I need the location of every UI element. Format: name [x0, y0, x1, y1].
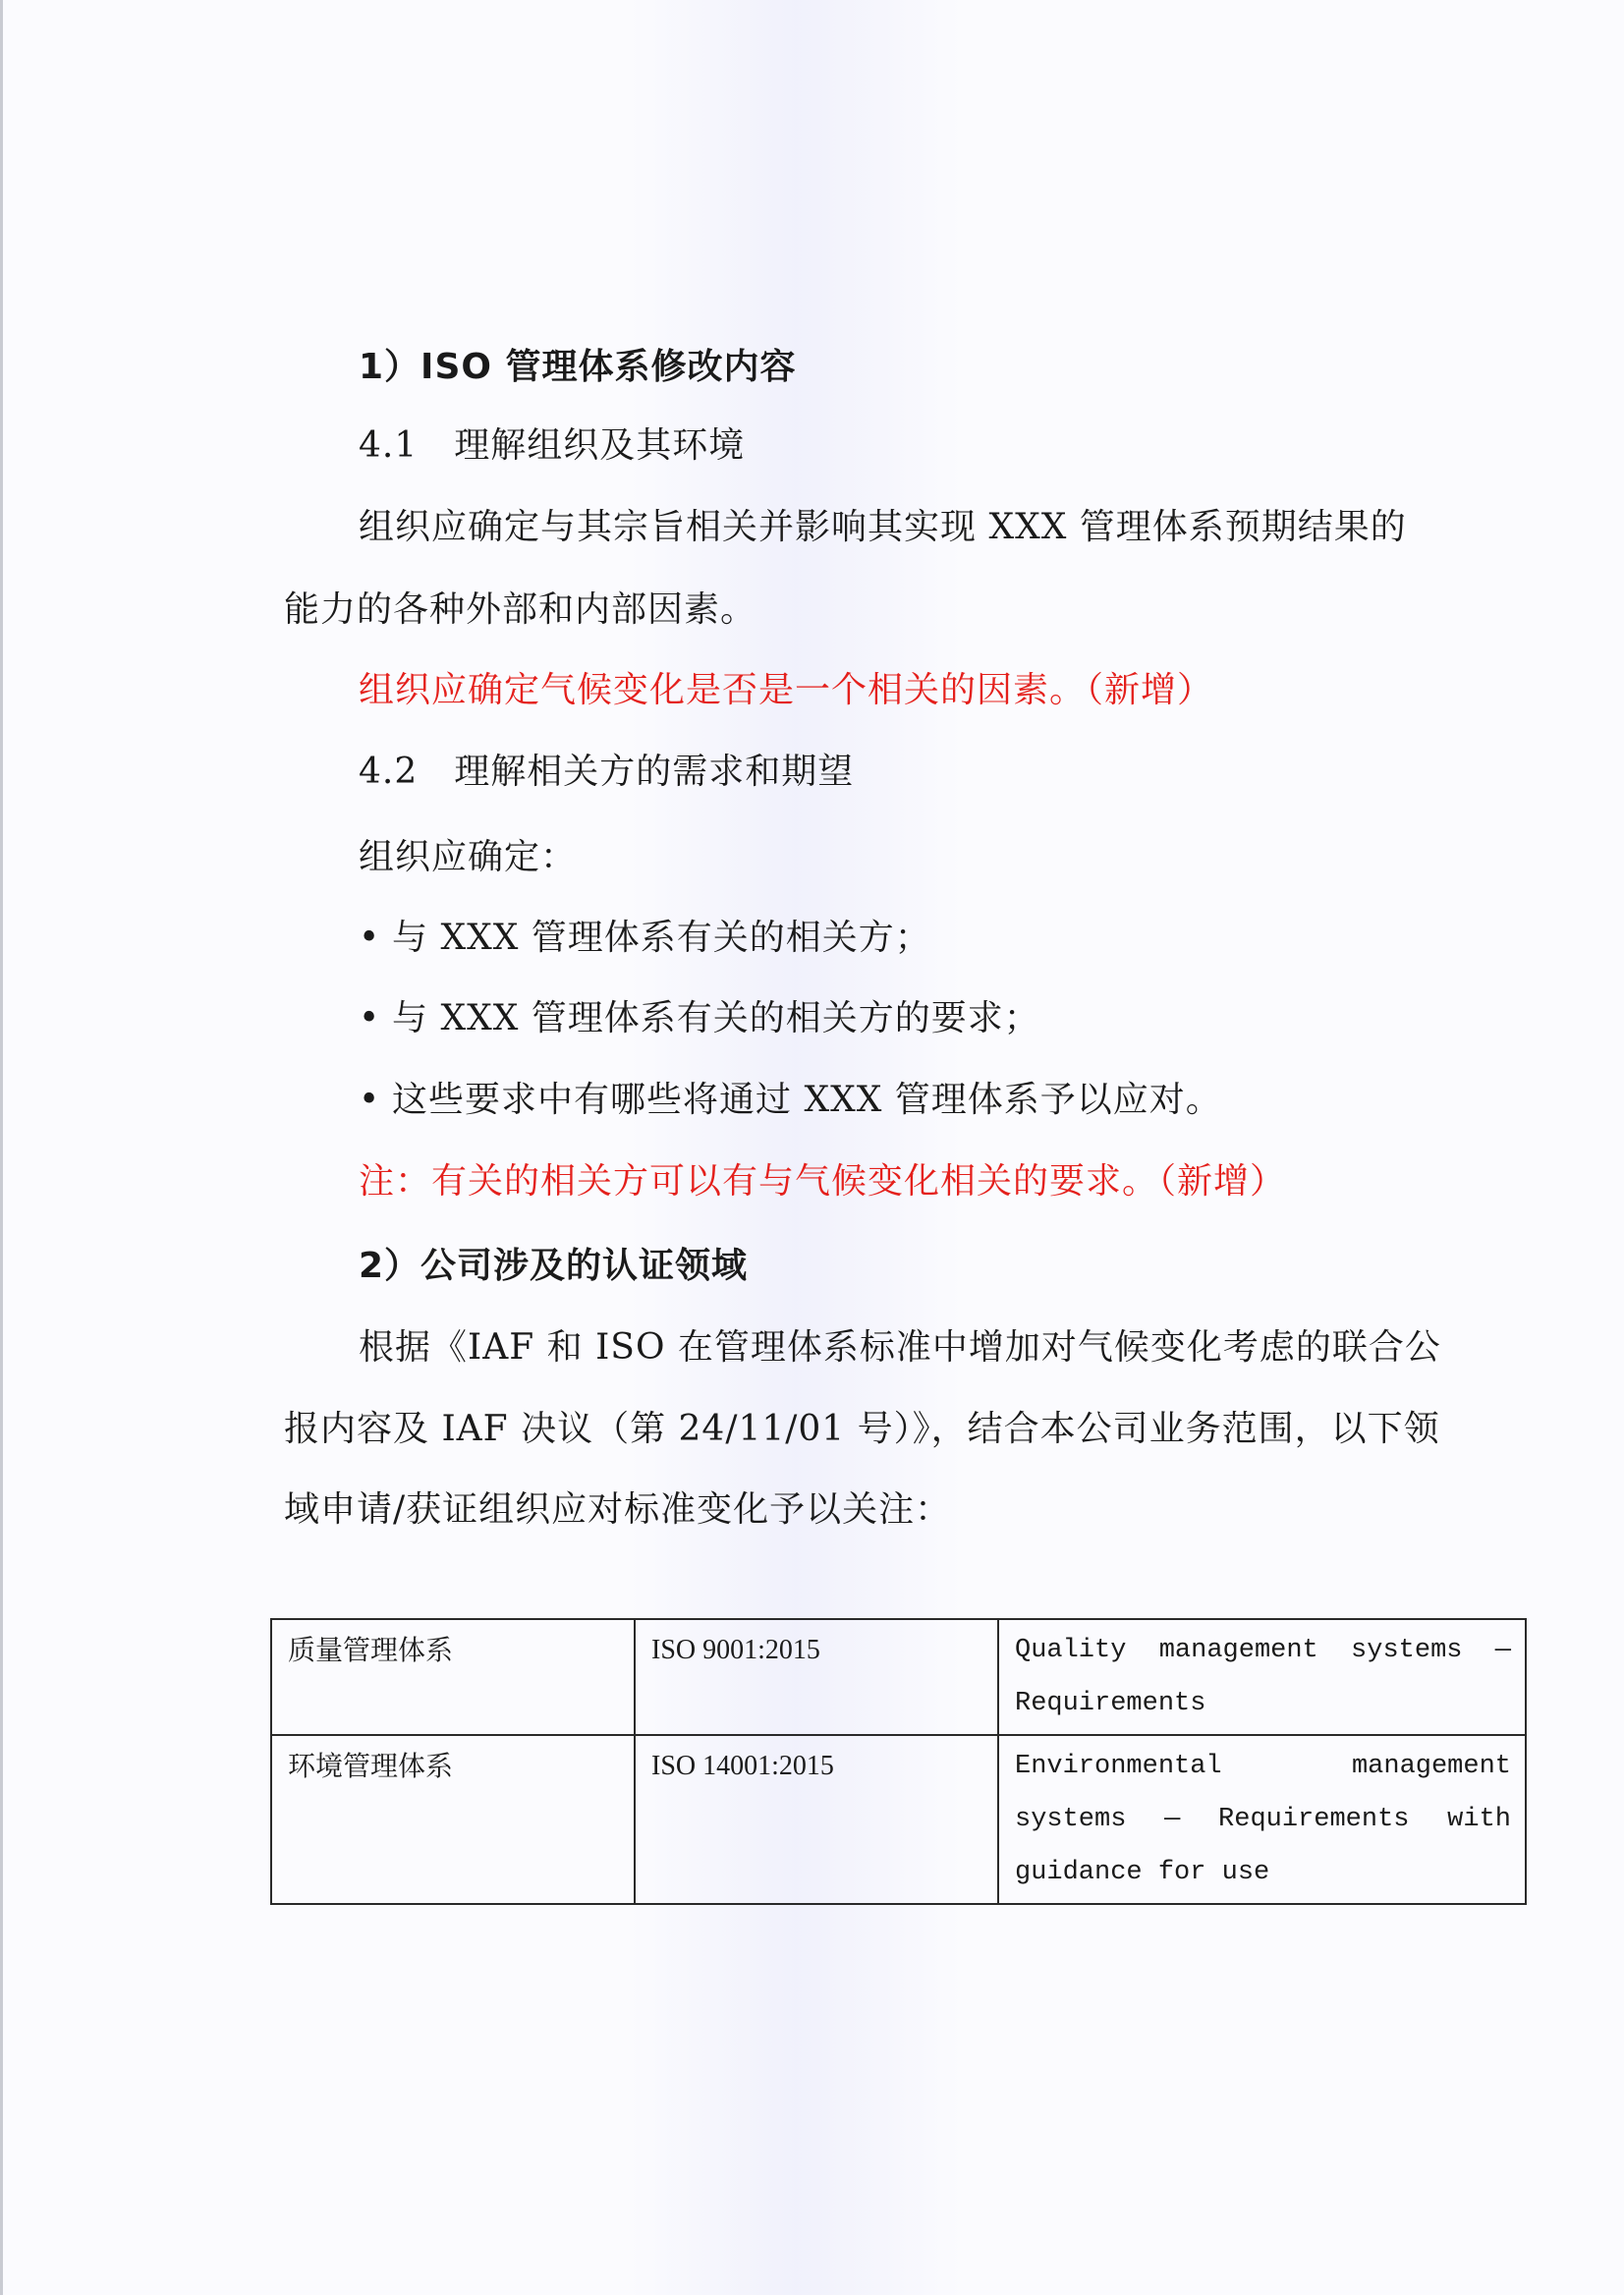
bullet-text: 这些要求中有哪些将通过 XXX 管理体系予以应对。: [392, 1080, 1222, 1120]
bullet-icon: •: [359, 997, 392, 1040]
section1-heading: 1）ISO 管理体系修改内容: [359, 346, 797, 389]
table-row: 环境管理体系 ISO 14001:2015 Environmental mana…: [271, 1735, 1526, 1904]
section2-paragraph-line2: 报内容及 IAF 决议（第 24/11/01 号）》，结合本公司业务范围，以下领: [284, 1408, 1440, 1451]
clause-4-1-title: 4.1 理解组织及其环境: [359, 424, 745, 468]
bullet-item: •与 XXX 管理体系有关的相关方的要求；: [359, 997, 1040, 1040]
standard-cell: ISO 9001:2015: [635, 1619, 998, 1735]
clause-4-1-added-note: 组织应确定气候变化是否是一个相关的因素。（新增）: [359, 669, 1213, 712]
clause-4-1-paragraph-line1: 组织应确定与其宗旨相关并影响其实现 XXX 管理体系预期结果的: [359, 506, 1407, 549]
certification-table: 质量管理体系 ISO 9001:2015 Quality management …: [270, 1618, 1527, 1905]
scan-shading: [629, 0, 963, 2295]
bullet-item: •与 XXX 管理体系有关的相关方；: [359, 917, 931, 960]
section2-heading: 2）公司涉及的认证领域: [359, 1245, 748, 1288]
bullet-text: 与 XXX 管理体系有关的相关方的要求；: [392, 998, 1040, 1038]
title-cell: Quality management systems — Requirement…: [998, 1619, 1526, 1735]
bullet-icon: •: [359, 1079, 392, 1122]
section2-paragraph-line3: 域申请/获证组织应对标准变化予以关注：: [284, 1488, 951, 1532]
clause-4-2-intro: 组织应确定：: [359, 836, 577, 879]
clause-4-1-paragraph-line2: 能力的各种外部和内部因素。: [284, 588, 756, 632]
clause-4-2-added-note: 注：有关的相关方可以有与气候变化相关的要求。（新增）: [359, 1160, 1286, 1203]
bullet-text: 与 XXX 管理体系有关的相关方；: [392, 918, 931, 958]
bullet-item: •这些要求中有哪些将通过 XXX 管理体系予以应对。: [359, 1079, 1222, 1122]
standard-cell: ISO 14001:2015: [635, 1735, 998, 1904]
system-cell: 环境管理体系: [271, 1735, 635, 1904]
clause-4-2-title: 4.2 理解相关方的需求和期望: [359, 751, 854, 794]
bullet-icon: •: [359, 917, 392, 960]
page-edge: [0, 0, 3, 2295]
title-cell: Environmental management systems — Requi…: [998, 1735, 1526, 1904]
system-cell: 质量管理体系: [271, 1619, 635, 1735]
section2-paragraph-line1: 根据《IAF 和 ISO 在管理体系标准中增加对气候变化考虑的联合公: [359, 1326, 1441, 1370]
table-row: 质量管理体系 ISO 9001:2015 Quality management …: [271, 1619, 1526, 1735]
